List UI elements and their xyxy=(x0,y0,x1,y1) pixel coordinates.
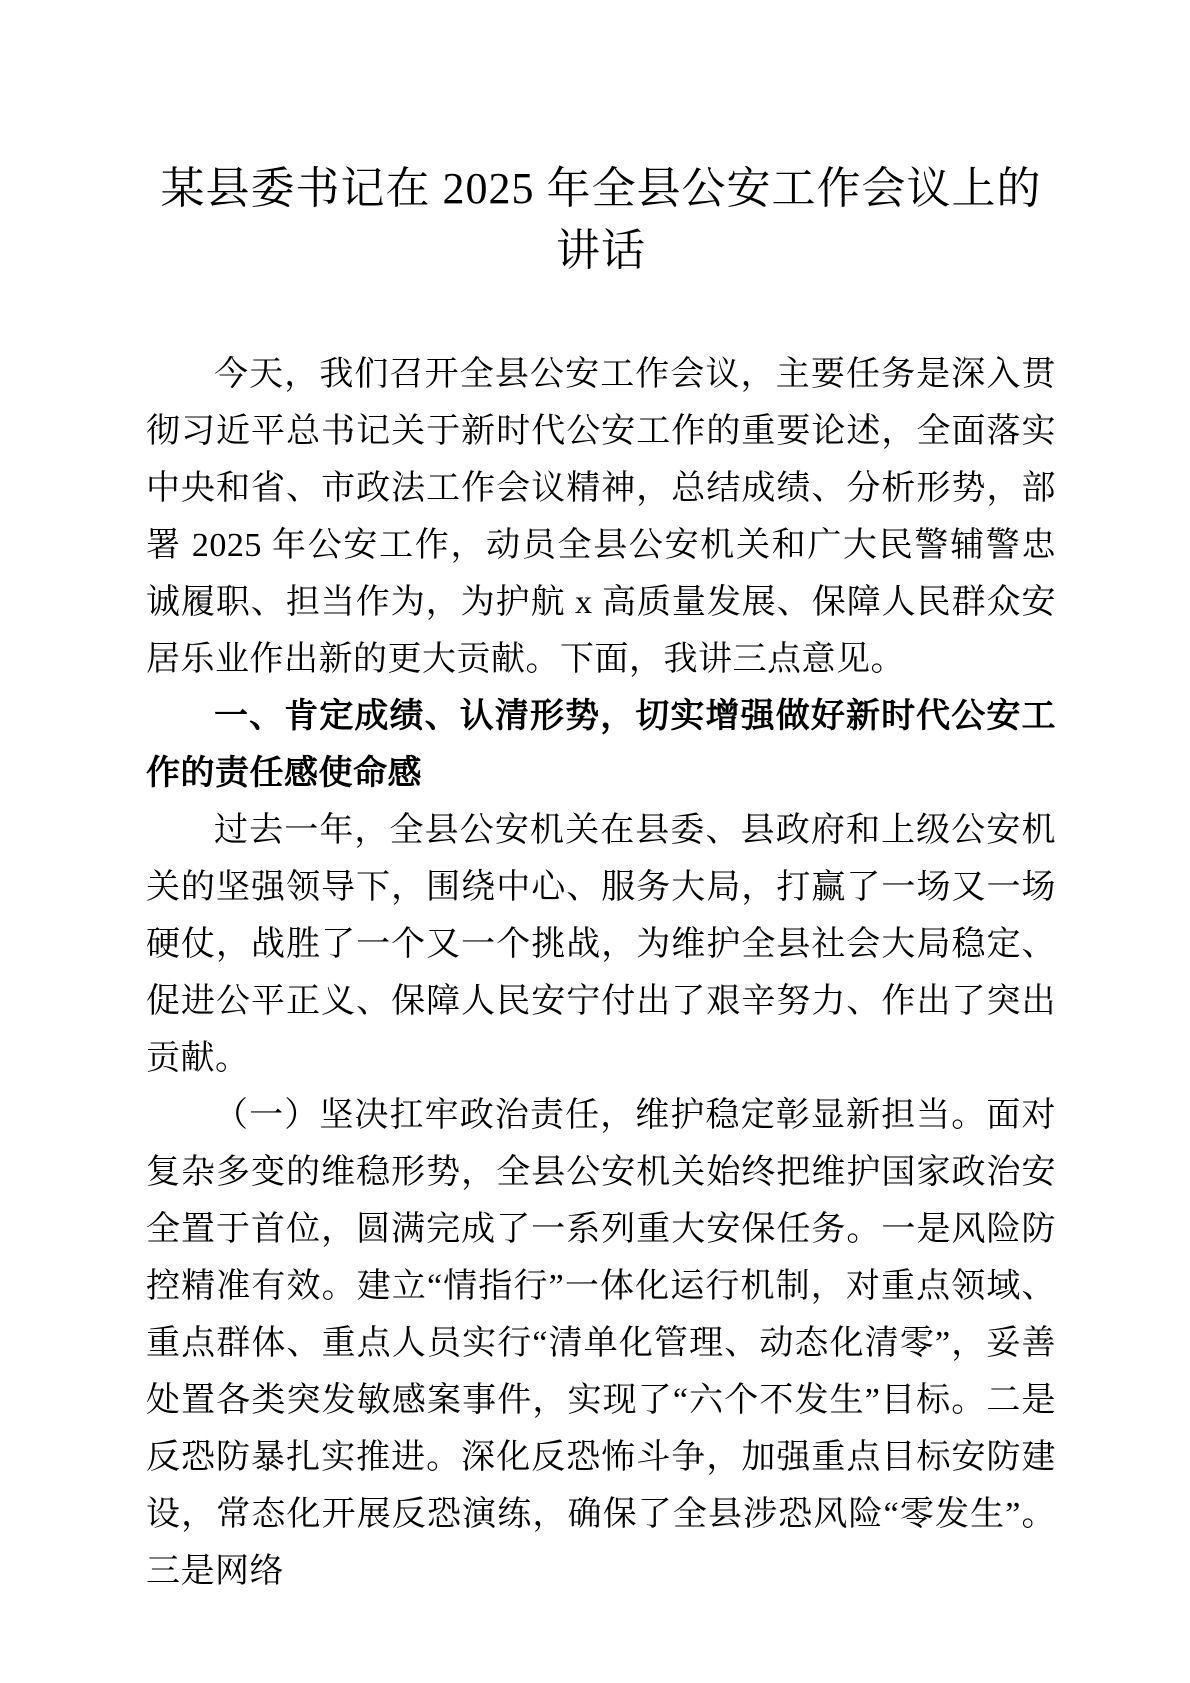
paragraph-political-responsibility: （一）坚决扛牢政治责任，维护稳定彰显新担当。面对复杂多变的维稳形势，全县公安机关… xyxy=(146,1087,1056,1600)
document-page: 某县委书记在 2025 年全县公安工作会议上的讲话 今天，我们召开全县公安工作会… xyxy=(0,0,1190,1683)
paragraph-intro: 今天，我们召开全县公安工作会议，主要任务是深入贯彻习近平总书记关于新时代公安工作… xyxy=(146,346,1056,688)
paragraph-review-overview: 过去一年，全县公安机关在县委、县政府和上级公安机关的坚强领导下，围绕中心、服务大… xyxy=(146,802,1056,1087)
document-title: 某县委书记在 2025 年全县公安工作会议上的讲话 xyxy=(146,158,1056,282)
section-heading-1: 一、肯定成绩、认清形势，切实增强做好新时代公安工作的责任感使命感 xyxy=(146,688,1056,802)
